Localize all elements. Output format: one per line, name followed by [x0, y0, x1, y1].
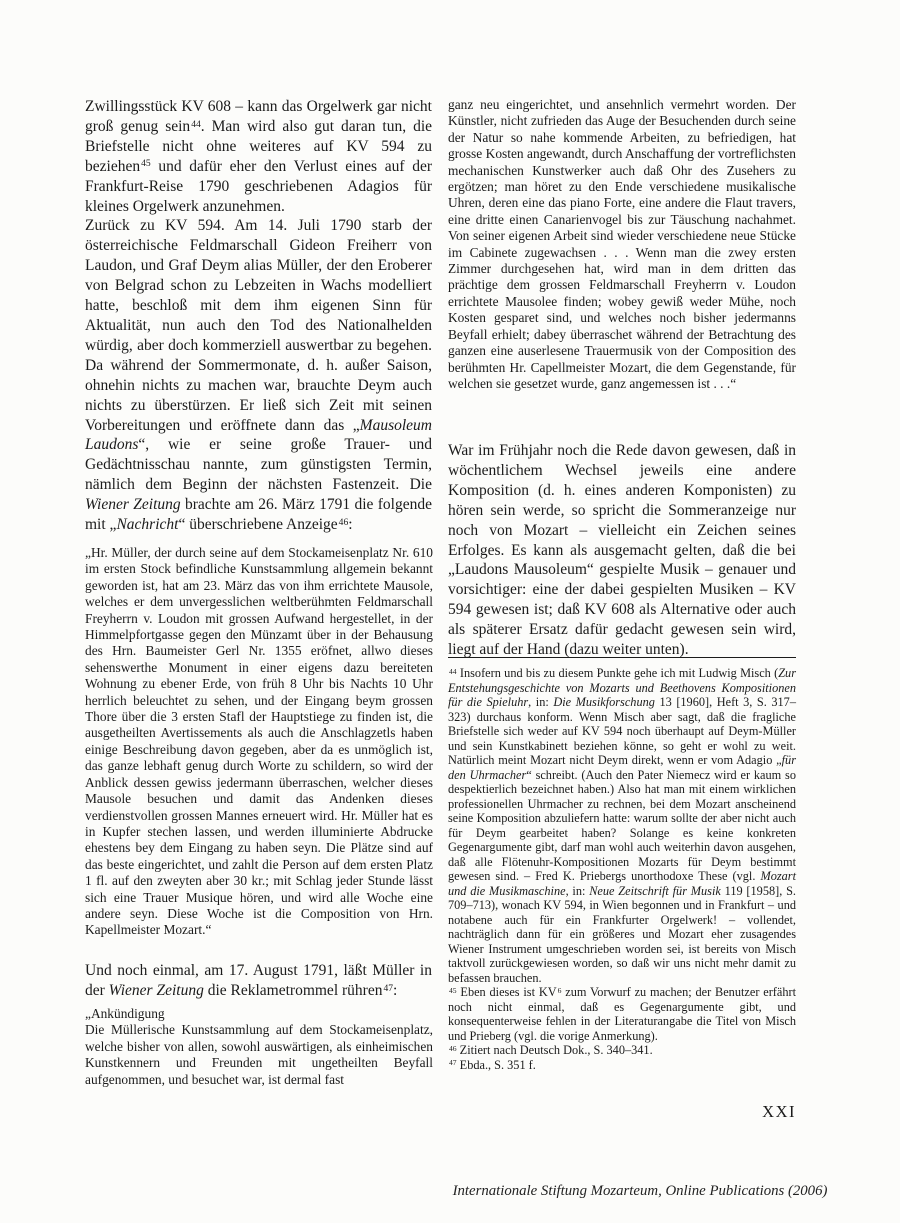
- text-run: “ überschriebene Anzeige: [178, 516, 337, 533]
- quote-text: „Hr. Müller, der durch seine auf dem Sto…: [85, 545, 433, 939]
- text-run: , in:: [528, 695, 553, 709]
- footnote-ref: 44: [190, 119, 201, 130]
- footnote-45: 45 Eben dieses ist KV6 zum Vorwurf zu ma…: [448, 985, 796, 1043]
- footnote-47: 47 Ebda., S. 351 f.: [448, 1058, 796, 1073]
- paragraph-kv594: Zurück zu KV 594. Am 14. Juli 1790 starb…: [85, 216, 432, 535]
- text-run: :: [393, 982, 397, 999]
- italic-text: Wiener Zeitung: [85, 496, 181, 513]
- block-quote-ankuendigung: „AnkündigungDie Müllerische Kunstsammlun…: [85, 1006, 433, 1088]
- italic-text: Nachricht: [116, 516, 178, 533]
- footnote-text: Ebda., S. 351 f.: [457, 1058, 536, 1072]
- scanned-book-page: { "page": { "number": "XXI", "footer": "…: [0, 0, 900, 1223]
- text-run: , in:: [566, 884, 590, 898]
- footnote-separator-rule: [448, 657, 796, 658]
- block-quote-nachricht: „Hr. Müller, der durch seine auf dem Sto…: [85, 545, 433, 939]
- paragraph-fruehjahr: War im Frühjahr noch die Rede davon gewe…: [448, 441, 796, 660]
- text-run: Ebda., S. 351 f.: [457, 1058, 536, 1072]
- italic-text: Die Musikforschung: [553, 695, 655, 709]
- footnote-ref: 45: [140, 158, 151, 169]
- quote-text: „AnkündigungDie Müllerische Kunstsammlun…: [85, 1006, 433, 1088]
- italic-text: Neue Zeitschrift für Musik: [589, 884, 721, 898]
- footnote-ref: 6: [557, 986, 562, 995]
- text-run: “, wie er seine große Trauer- und Gedäch…: [85, 436, 432, 493]
- footnote-text: Eben dieses ist KV6 zum Vorwurf zu mache…: [448, 985, 796, 1043]
- text-run: Eben dieses ist KV: [457, 985, 557, 999]
- footnote-ref: 46: [338, 517, 349, 528]
- footnote-marker: 44: [448, 667, 457, 676]
- block-quote-continuation: ganz neu eingerichtet, und ansehnlich ve…: [448, 97, 796, 392]
- footnote-46: 46 Zitiert nach Deutsch Dok., S. 340–341…: [448, 1043, 796, 1058]
- footnotes-block: 44 Insofern und bis zu diesem Punkte geh…: [448, 666, 796, 1072]
- quote-text: ganz neu eingerichtet, und ansehnlich ve…: [448, 97, 796, 392]
- text-run: Die Müllerische Kunstsammlung auf dem St…: [85, 1022, 433, 1086]
- text-run: :: [348, 516, 352, 533]
- footnote-44: 44 Insofern und bis zu diesem Punkte geh…: [448, 666, 796, 985]
- footnote-marker: 47: [448, 1058, 457, 1067]
- italic-text: Wiener Zeitung: [109, 982, 204, 999]
- publication-footer: Internationale Stiftung Mozarteum, Onlin…: [428, 1183, 852, 1200]
- footnote-text: Zitiert nach Deutsch Dok., S. 340–341.: [457, 1043, 653, 1057]
- text-run: 119 [1958], S. 709–713), wonach KV 594, …: [448, 884, 796, 985]
- paragraph-august: Und noch einmal, am 17. August 1791, läß…: [85, 961, 432, 1001]
- text-run: Zitiert nach Deutsch Dok., S. 340–341.: [457, 1043, 653, 1057]
- paragraph-kv608: Zwillingsstück KV 608 – kann das Orgelwe…: [85, 97, 432, 216]
- left-column-body: Zwillingsstück KV 608 – kann das Orgelwe…: [85, 97, 432, 535]
- text-run: die Reklametrommel rühren: [204, 982, 383, 999]
- text-run: „Ankündigung: [85, 1006, 165, 1021]
- footnote-text: Insofern und bis zu diesem Punkte gehe i…: [448, 666, 796, 985]
- text-run: “ schreibt. (Auch den Pater Niemecz wird…: [448, 768, 796, 884]
- text-run: Zurück zu KV 594. Am 14. Juli 1790 starb…: [85, 217, 432, 433]
- text-run: ganz neu eingerichtet, und ansehnlich ve…: [448, 97, 796, 391]
- text-run: „Hr. Müller, der durch seine auf dem Sto…: [85, 545, 433, 937]
- footnote-ref: 47: [382, 983, 393, 994]
- footnote-marker: 46: [448, 1044, 457, 1053]
- text-run: Insofern und bis zu diesem Punkte gehe i…: [457, 666, 779, 680]
- paragraph-text: Und noch einmal, am 17. August 1791, läß…: [85, 961, 432, 1001]
- footnote-marker: 45: [448, 986, 457, 995]
- page-number: XXI: [696, 1102, 796, 1122]
- paragraph-text: War im Frühjahr noch die Rede davon gewe…: [448, 441, 796, 660]
- text-run: War im Frühjahr noch die Rede davon gewe…: [448, 442, 796, 658]
